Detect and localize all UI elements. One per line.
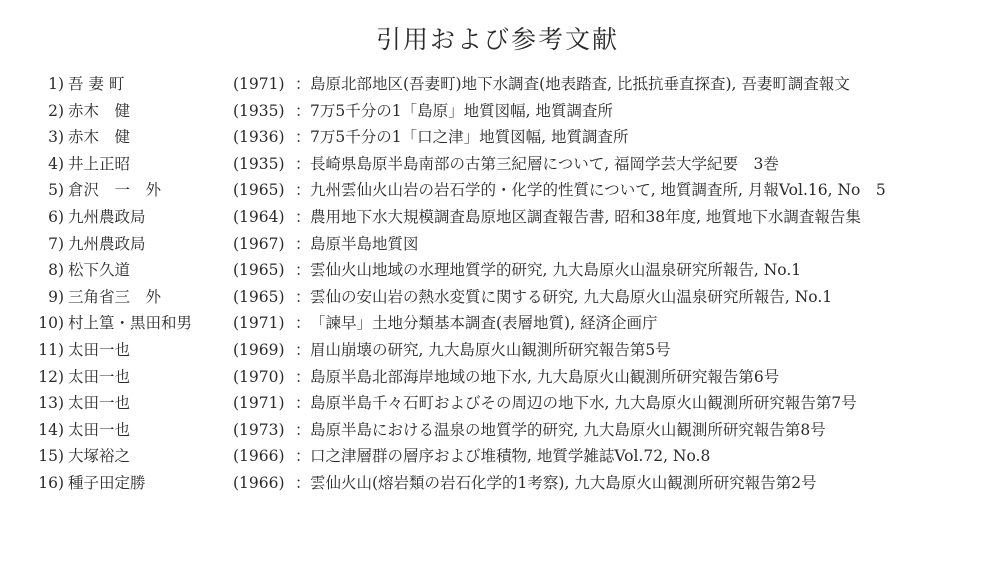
reference-year: (1970) bbox=[233, 364, 285, 391]
reference-author: 太田一也 bbox=[68, 364, 130, 391]
reference-number: 16) bbox=[30, 470, 64, 497]
reference-year: (1965) bbox=[233, 257, 285, 284]
reference-number: 9) bbox=[30, 284, 64, 311]
reference-author: 九州農政局 bbox=[68, 231, 146, 258]
reference-text: 長崎県島原半島南部の古第三紀層について, 福岡学芸大学紀要 3巻 bbox=[310, 151, 779, 178]
reference-year: (1971) bbox=[233, 71, 285, 98]
reference-number: 6) bbox=[30, 204, 64, 231]
reference-author: 赤木 健 bbox=[68, 124, 130, 151]
reference-separator: ： bbox=[295, 124, 311, 151]
reference-author: 大塚裕之 bbox=[68, 443, 130, 470]
reference-item: 4) 井上正昭 (1935) ： 長崎県島原半島南部の古第三紀層について, 福岡… bbox=[30, 151, 990, 178]
reference-text: 島原半島地質図 bbox=[310, 231, 419, 258]
reference-item: 5) 倉沢 一 外 (1965) ： 九州雲仙火山岩の岩石学的・化学的性質につい… bbox=[30, 177, 990, 204]
reference-author: 太田一也 bbox=[68, 417, 130, 444]
reference-separator: ： bbox=[295, 443, 311, 470]
reference-text: 雲仙火山(熔岩類の岩石化学的1考察), 九大島原火山観測所研究報告第2号 bbox=[310, 470, 817, 497]
reference-text: 九州雲仙火山岩の岩石学的・化学的性質について, 地質調査所, 月報Vol.16,… bbox=[310, 177, 886, 204]
reference-year: (1935) bbox=[233, 98, 285, 125]
reference-item: 16) 種子田定勝 (1966) ： 雲仙火山(熔岩類の岩石化学的1考察), 九… bbox=[30, 470, 990, 497]
reference-text: 7万5千分の1「島原」地質図幅, 地質調査所 bbox=[310, 98, 613, 125]
reference-year: (1971) bbox=[233, 390, 285, 417]
reference-author: 松下久道 bbox=[68, 257, 130, 284]
reference-list: 1) 吾 妻 町 (1971) ： 島原北部地区(吾妻町)地下水調査(地表踏査,… bbox=[30, 71, 990, 497]
reference-text: 雲仙の安山岩の熱水変質に関する研究, 九大島原火山温泉研究所報告, No.1 bbox=[310, 284, 832, 311]
reference-text: 農用地下水大規模調査島原地区調査報告書, 昭和38年度, 地質地下水調査報告集 bbox=[310, 204, 861, 231]
reference-year: (1965) bbox=[233, 284, 285, 311]
reference-number: 14) bbox=[30, 417, 64, 444]
reference-author: 赤木 健 bbox=[68, 98, 130, 125]
reference-separator: ： bbox=[295, 364, 311, 391]
reference-year: (1935) bbox=[233, 151, 285, 178]
reference-separator: ： bbox=[295, 390, 311, 417]
reference-number: 11) bbox=[30, 337, 64, 364]
reference-number: 1) bbox=[30, 71, 64, 98]
reference-separator: ： bbox=[295, 284, 311, 311]
reference-number: 4) bbox=[30, 151, 64, 178]
reference-separator: ： bbox=[295, 470, 311, 497]
reference-author: 太田一也 bbox=[68, 337, 130, 364]
reference-separator: ： bbox=[295, 231, 311, 258]
reference-separator: ： bbox=[295, 151, 311, 178]
reference-author: 三角省三 外 bbox=[68, 284, 161, 311]
reference-number: 2) bbox=[30, 98, 64, 125]
reference-number: 3) bbox=[30, 124, 64, 151]
reference-year: (1965) bbox=[233, 177, 285, 204]
reference-separator: ： bbox=[295, 71, 311, 98]
reference-item: 11) 太田一也 (1969) ： 眉山崩壊の研究, 九大島原火山観測所研究報告… bbox=[30, 337, 990, 364]
reference-item: 1) 吾 妻 町 (1971) ： 島原北部地区(吾妻町)地下水調査(地表踏査,… bbox=[30, 71, 990, 98]
reference-year: (1936) bbox=[233, 124, 285, 151]
reference-number: 12) bbox=[30, 364, 64, 391]
reference-separator: ： bbox=[295, 417, 311, 444]
reference-number: 5) bbox=[30, 177, 64, 204]
reference-item: 7) 九州農政局 (1967) ： 島原半島地質図 bbox=[30, 231, 990, 258]
reference-text: 眉山崩壊の研究, 九大島原火山観測所研究報告第5号 bbox=[310, 337, 671, 364]
reference-number: 8) bbox=[30, 257, 64, 284]
reference-number: 13) bbox=[30, 390, 64, 417]
reference-item: 12) 太田一也 (1970) ： 島原半島北部海岸地域の地下水, 九大島原火山… bbox=[30, 364, 990, 391]
reference-item: 9) 三角省三 外 (1965) ： 雲仙の安山岩の熱水変質に関する研究, 九大… bbox=[30, 284, 990, 311]
reference-item: 15) 大塚裕之 (1966) ： 口之津層群の層序および堆積物, 地質学雑誌V… bbox=[30, 443, 990, 470]
reference-text: 島原半島における温泉の地質学的研究, 九大島原火山観測所研究報告第8号 bbox=[310, 417, 826, 444]
reference-year: (1966) bbox=[233, 470, 285, 497]
reference-author: 井上正昭 bbox=[68, 151, 130, 178]
reference-year: (1964) bbox=[233, 204, 285, 231]
reference-number: 10) bbox=[30, 310, 64, 337]
reference-text: 「諫早」土地分類基本調査(表層地質), 経済企画庁 bbox=[310, 310, 657, 337]
reference-text: 島原半島千々石町およびその周辺の地下水, 九大島原火山観測所研究報告第7号 bbox=[310, 390, 857, 417]
reference-item: 3) 赤木 健 (1936) ： 7万5千分の1「口之津」地質図幅, 地質調査所 bbox=[30, 124, 990, 151]
reference-text: 雲仙火山地域の水理地質学的研究, 九大島原火山温泉研究所報告, No.1 bbox=[310, 257, 801, 284]
reference-author: 吾 妻 町 bbox=[68, 71, 124, 98]
reference-text: 口之津層群の層序および堆積物, 地質学雑誌Vol.72, No.8 bbox=[310, 443, 710, 470]
reference-item: 14) 太田一也 (1973) ： 島原半島における温泉の地質学的研究, 九大島… bbox=[30, 417, 990, 444]
reference-separator: ： bbox=[295, 257, 311, 284]
reference-text: 7万5千分の1「口之津」地質図幅, 地質調査所 bbox=[310, 124, 628, 151]
reference-author: 村上篁・黒田和男 bbox=[68, 310, 192, 337]
reference-separator: ： bbox=[295, 177, 311, 204]
reference-separator: ： bbox=[295, 204, 311, 231]
reference-author: 九州農政局 bbox=[68, 204, 146, 231]
reference-author: 倉沢 一 外 bbox=[68, 177, 161, 204]
reference-item: 2) 赤木 健 (1935) ： 7万5千分の1「島原」地質図幅, 地質調査所 bbox=[30, 98, 990, 125]
reference-text: 島原半島北部海岸地域の地下水, 九大島原火山観測所研究報告第6号 bbox=[310, 364, 779, 391]
reference-author: 太田一也 bbox=[68, 390, 130, 417]
reference-year: (1969) bbox=[233, 337, 285, 364]
reference-item: 8) 松下久道 (1965) ： 雲仙火山地域の水理地質学的研究, 九大島原火山… bbox=[30, 257, 990, 284]
reference-item: 6) 九州農政局 (1964) ： 農用地下水大規模調査島原地区調査報告書, 昭… bbox=[30, 204, 990, 231]
reference-item: 10) 村上篁・黒田和男 (1971) ： 「諫早」土地分類基本調査(表層地質)… bbox=[30, 310, 990, 337]
reference-separator: ： bbox=[295, 337, 311, 364]
reference-year: (1971) bbox=[233, 310, 285, 337]
reference-number: 15) bbox=[30, 443, 64, 470]
reference-year: (1973) bbox=[233, 417, 285, 444]
page-title: 引用および参考文献 bbox=[0, 20, 995, 56]
reference-author: 種子田定勝 bbox=[68, 470, 146, 497]
reference-number: 7) bbox=[30, 231, 64, 258]
reference-year: (1967) bbox=[233, 231, 285, 258]
reference-separator: ： bbox=[295, 310, 311, 337]
reference-separator: ： bbox=[295, 98, 311, 125]
reference-text: 島原北部地区(吾妻町)地下水調査(地表踏査, 比抵抗垂直探査), 吾妻町調査報文 bbox=[310, 71, 850, 98]
reference-item: 13) 太田一也 (1971) ： 島原半島千々石町およびその周辺の地下水, 九… bbox=[30, 390, 990, 417]
reference-year: (1966) bbox=[233, 443, 285, 470]
